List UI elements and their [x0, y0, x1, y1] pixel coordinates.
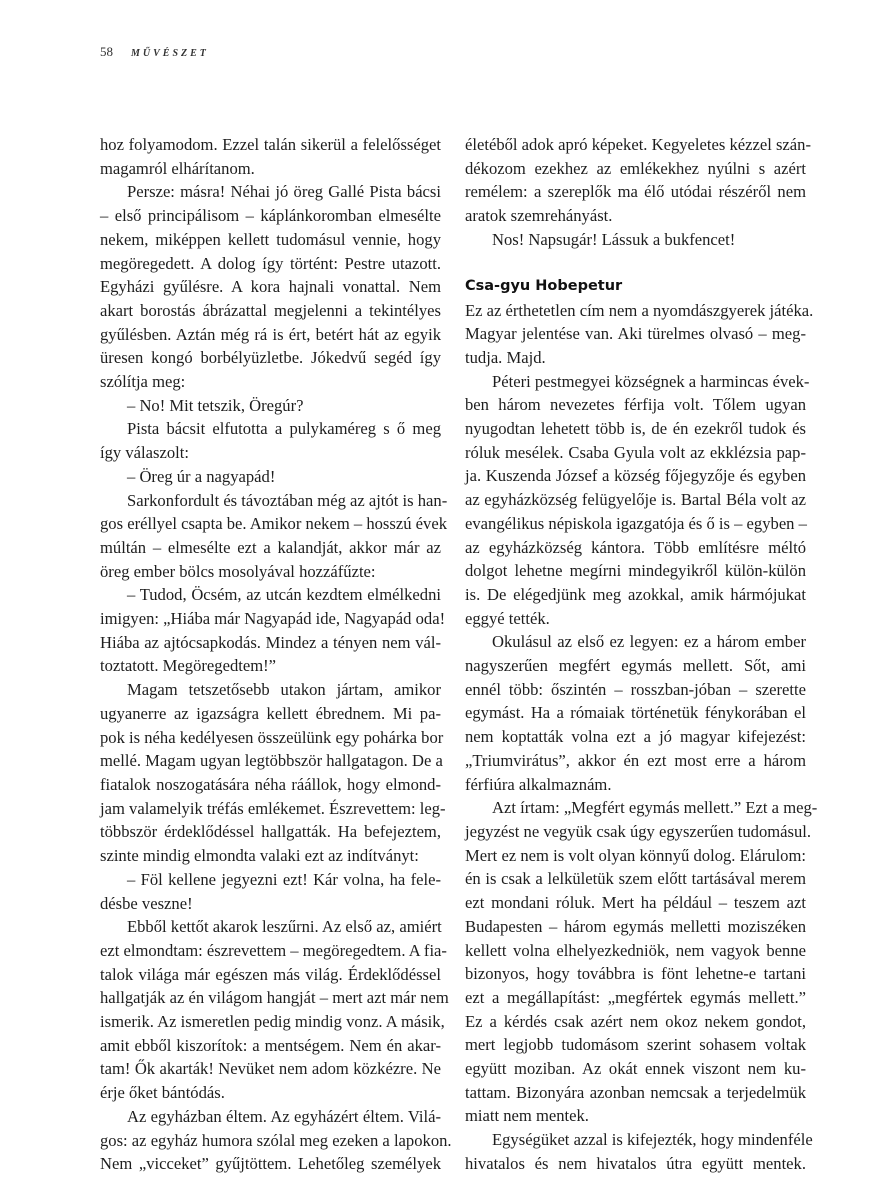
- text-line: Okulásul az első ez legyen: ez a három e…: [465, 630, 806, 654]
- page-number: 58: [100, 44, 113, 60]
- paragraph: Ez az érthetetlen cím nem a nyomdászgyer…: [465, 299, 806, 370]
- text-line: dolgot lehetne megírni mindegyikről külö…: [465, 559, 806, 583]
- text-line: múltán – elmesélte ezt a kalandját, akko…: [100, 536, 441, 560]
- text-line: – Tudod, Öcsém, az utcán kezdtem elmélke…: [100, 583, 441, 607]
- text-line: üresen kongó borbélyüzletbe. Jókedvű seg…: [100, 346, 441, 370]
- section-name: MŰVÉSZET: [131, 48, 209, 59]
- text-line: férfiúra alkalmaznám.: [465, 773, 806, 797]
- paragraph: Pista bácsit elfutotta a pulykaméreg s ő…: [100, 417, 441, 464]
- text-line: ja. Kuszenda József a község főjegyzője …: [465, 464, 806, 488]
- text-line: így válaszolt:: [100, 441, 441, 465]
- text-line: nekem, miképpen kellett tudomásul vennie…: [100, 228, 441, 252]
- paragraph: Ebből kettőt akarok leszűrni. Az első az…: [100, 915, 441, 1105]
- text-line: Az egyházban éltem. Az egyházért éltem. …: [100, 1105, 441, 1129]
- text-line: ezt elmondtam: észrevettem – megöregedte…: [100, 939, 441, 963]
- text-line: Nem „vicceket” gyűjtöttem. Lehetőleg sze…: [100, 1152, 441, 1176]
- text-line: Hiába az ajtócsapkodás. Mindez a tényen …: [100, 631, 441, 655]
- paragraph: Okulásul az első ez legyen: ez a három e…: [465, 630, 806, 796]
- paragraph: Egységüket azzal is kifejezték, hogy min…: [465, 1128, 806, 1175]
- text-line: Magam tetszetősebb utakon jártam, amikor: [100, 678, 441, 702]
- right-text-column: életéből adok apró képeket. Kegyeletes k…: [465, 133, 806, 1176]
- text-line: – No! Mit tetszik, Öregúr?: [100, 394, 441, 418]
- text-line: remélem: a szereplők ma élő utódai részé…: [465, 180, 806, 204]
- paragraph: Sarkonfordult és távoztában még az ajtót…: [100, 489, 441, 584]
- running-head: 58 MŰVÉSZET: [100, 44, 209, 64]
- text-line: ezt a megállapítást: „megfértek egymás m…: [465, 986, 806, 1010]
- text-line: akart borostás ábrázattal megjelenni a t…: [100, 299, 441, 323]
- text-line: ugyanerre az igazságra kellett ébrednem.…: [100, 702, 441, 726]
- text-line: Nos! Napsugár! Lássuk a bukfencet!: [465, 228, 806, 252]
- text-line: Mert ez nem is volt olyan könnyű dolog. …: [465, 844, 806, 868]
- paragraph: Péteri pestmegyei községnek a harmincas …: [465, 370, 806, 631]
- text-line: érje őket bántódás.: [100, 1081, 441, 1105]
- text-line: együtt moziban. Az okát ennek viszont ne…: [465, 1057, 806, 1081]
- text-line: hivatalos és nem hivatalos útra együtt m…: [465, 1152, 806, 1176]
- text-line: – Föl kellene jegyezni ezt! Kár volna, h…: [100, 868, 441, 892]
- text-line: miatt nem mentek.: [465, 1104, 806, 1128]
- text-line: gos: az egyház humora szólal meg ezeken …: [100, 1129, 441, 1153]
- section-heading: Csa-gyu Hobepetur: [465, 273, 806, 299]
- text-line: Sarkonfordult és távoztában még az ajtót…: [100, 489, 441, 513]
- text-line: kellett volna elhelyezkedniök, nem vagyo…: [465, 939, 806, 963]
- text-line: imigyen: „Hiába már Nagyapád ide, Nagyap…: [100, 607, 441, 631]
- text-line: nagyszerűen megfért egymás mellett. Sőt,…: [465, 654, 806, 678]
- text-line: öreg ember bölcs mosolyával hozzáfűzte:: [100, 560, 441, 584]
- text-line: Egységüket azzal is kifejezték, hogy min…: [465, 1128, 806, 1152]
- text-line: aratok szemrehányást.: [465, 204, 806, 228]
- left-text-column: hoz folyamodom. Ezzel talán sikerül a fe…: [100, 133, 441, 1176]
- text-line: életéből adok apró képeket. Kegyeletes k…: [465, 133, 806, 157]
- text-line: bizonyos, hogy továbbra is fönt lehetne-…: [465, 962, 806, 986]
- text-line: hoz folyamodom. Ezzel talán sikerül a fe…: [100, 133, 441, 157]
- text-line: désbe veszne!: [100, 892, 441, 916]
- text-line: gos eréllyel csapta be. Amikor nekem – h…: [100, 512, 441, 536]
- text-line: evangélikus népiskola igazgatója és ő is…: [465, 512, 806, 536]
- text-line: én is csak a lelkületük szem előtt tartá…: [465, 867, 806, 891]
- paragraph: Magam tetszetősebb utakon jártam, amikor…: [100, 678, 441, 868]
- text-line: Ebből kettőt akarok leszűrni. Az első az…: [100, 915, 441, 939]
- text-line: hallgatják az én világom hangját – mert …: [100, 986, 441, 1010]
- text-line: gyűlésben. Aztán még rá is ért, betért h…: [100, 323, 441, 347]
- text-line: eggyé tették.: [465, 607, 806, 631]
- text-line: szinte mindig elmondta valaki ezt az ind…: [100, 844, 441, 868]
- text-line: megöregedett. A dolog így történt: Pestr…: [100, 252, 441, 276]
- text-line: az egyházközség felügyelője is. Bartal B…: [465, 488, 806, 512]
- text-line: Budapesten – három egymás melletti mozis…: [465, 915, 806, 939]
- text-line: ben három nevezetes férfija volt. Tőlem …: [465, 393, 806, 417]
- text-line: talok világa már egészen más világ. Érde…: [100, 963, 441, 987]
- text-line: mellé. Magam ugyan legtöbbször hallgatag…: [100, 749, 441, 773]
- text-line: tattam. Bizonyára azonban nemcsak a terj…: [465, 1081, 806, 1105]
- text-line: magamról elhárítanom.: [100, 157, 441, 181]
- text-line: Ez az érthetetlen cím nem a nyomdászgyer…: [465, 299, 806, 323]
- paragraph: – No! Mit tetszik, Öregúr?: [100, 394, 441, 418]
- text-line: dékozom ezekhez az emlékekhez nyúlni s a…: [465, 157, 806, 181]
- paragraph: – Tudod, Öcsém, az utcán kezdtem elmélke…: [100, 583, 441, 678]
- text-line: „Triumvirátus”, akkor én ezt most erre a…: [465, 749, 806, 773]
- text-line: ezt mondani róluk. Mert ha például – tes…: [465, 891, 806, 915]
- paragraph: – Föl kellene jegyezni ezt! Kár volna, h…: [100, 868, 441, 915]
- text-line: többször érdeklődéssel hallgatták. Ha be…: [100, 820, 441, 844]
- paragraph: hoz folyamodom. Ezzel talán sikerül a fe…: [100, 133, 441, 180]
- paragraph: Nos! Napsugár! Lássuk a bukfencet!: [465, 228, 806, 252]
- text-line: jam valamelyik tréfás emlékemet. Észreve…: [100, 797, 441, 821]
- paragraph: Az egyházban éltem. Az egyházért éltem. …: [100, 1105, 441, 1176]
- text-line: szólítja meg:: [100, 370, 441, 394]
- text-line: egymást. Ha a rómaiak történetük fénykor…: [465, 701, 806, 725]
- text-line: jegyzést ne vegyük csak úgy egyszerűen t…: [465, 820, 806, 844]
- right-column-intro: életéből adok apró képeket. Kegyeletes k…: [465, 133, 806, 252]
- text-line: az egyházközség kántora. Több említésre …: [465, 536, 806, 560]
- text-line: nyugodtan lehetett több is, de én ezekrő…: [465, 417, 806, 441]
- text-line: fiatalok noszogatására néha ráállok, hog…: [100, 773, 441, 797]
- text-line: toztatott. Megöregedtem!”: [100, 654, 441, 678]
- text-line: róluk mesélek. Csaba Gyula volt az ekklé…: [465, 441, 806, 465]
- paragraph: Persze: másra! Néhai jó öreg Gallé Pista…: [100, 180, 441, 393]
- text-line: – első principálisom – káplánkoromban el…: [100, 204, 441, 228]
- text-line: tudja. Majd.: [465, 346, 806, 370]
- text-line: Pista bácsit elfutotta a pulykaméreg s ő…: [100, 417, 441, 441]
- text-line: pok is néha kedélyesen összeülünk egy po…: [100, 726, 441, 750]
- text-line: mert legjobb tudomásom szerint sohasem v…: [465, 1033, 806, 1057]
- text-line: nem koptatták volna ezt a jó magyar kife…: [465, 725, 806, 749]
- paragraph: Azt írtam: „Megfért egymás mellett.” Ezt…: [465, 796, 806, 1128]
- right-column-body: Ez az érthetetlen cím nem a nyomdászgyer…: [465, 299, 806, 1176]
- text-line: ismerik. Az ismeretlen pedig mindig vonz…: [100, 1010, 441, 1034]
- text-line: is. De elégedjünk meg azokkal, amik hárm…: [465, 583, 806, 607]
- text-line: Azt írtam: „Megfért egymás mellett.” Ezt…: [465, 796, 806, 820]
- text-line: Persze: másra! Néhai jó öreg Gallé Pista…: [100, 180, 441, 204]
- text-line: Egyházi gyűlésre. A kora hajnali vonatta…: [100, 275, 441, 299]
- text-line: amit ebből kiszorítok: a mentségem. Nem …: [100, 1034, 441, 1058]
- text-line: Magyar jelentése van. Aki türelmes olvas…: [465, 322, 806, 346]
- text-line: Péteri pestmegyei községnek a harmincas …: [465, 370, 806, 394]
- text-line: – Öreg úr a nagyapád!: [100, 465, 441, 489]
- paragraph: életéből adok apró képeket. Kegyeletes k…: [465, 133, 806, 228]
- text-line: ennél több: őszintén – rosszban-jóban – …: [465, 678, 806, 702]
- text-line: Ez a kérdés csak azért nem okoz nekem go…: [465, 1010, 806, 1034]
- paragraph: – Öreg úr a nagyapád!: [100, 465, 441, 489]
- text-line: tam! Ők akarták! Nevüket nem adom közkéz…: [100, 1057, 441, 1081]
